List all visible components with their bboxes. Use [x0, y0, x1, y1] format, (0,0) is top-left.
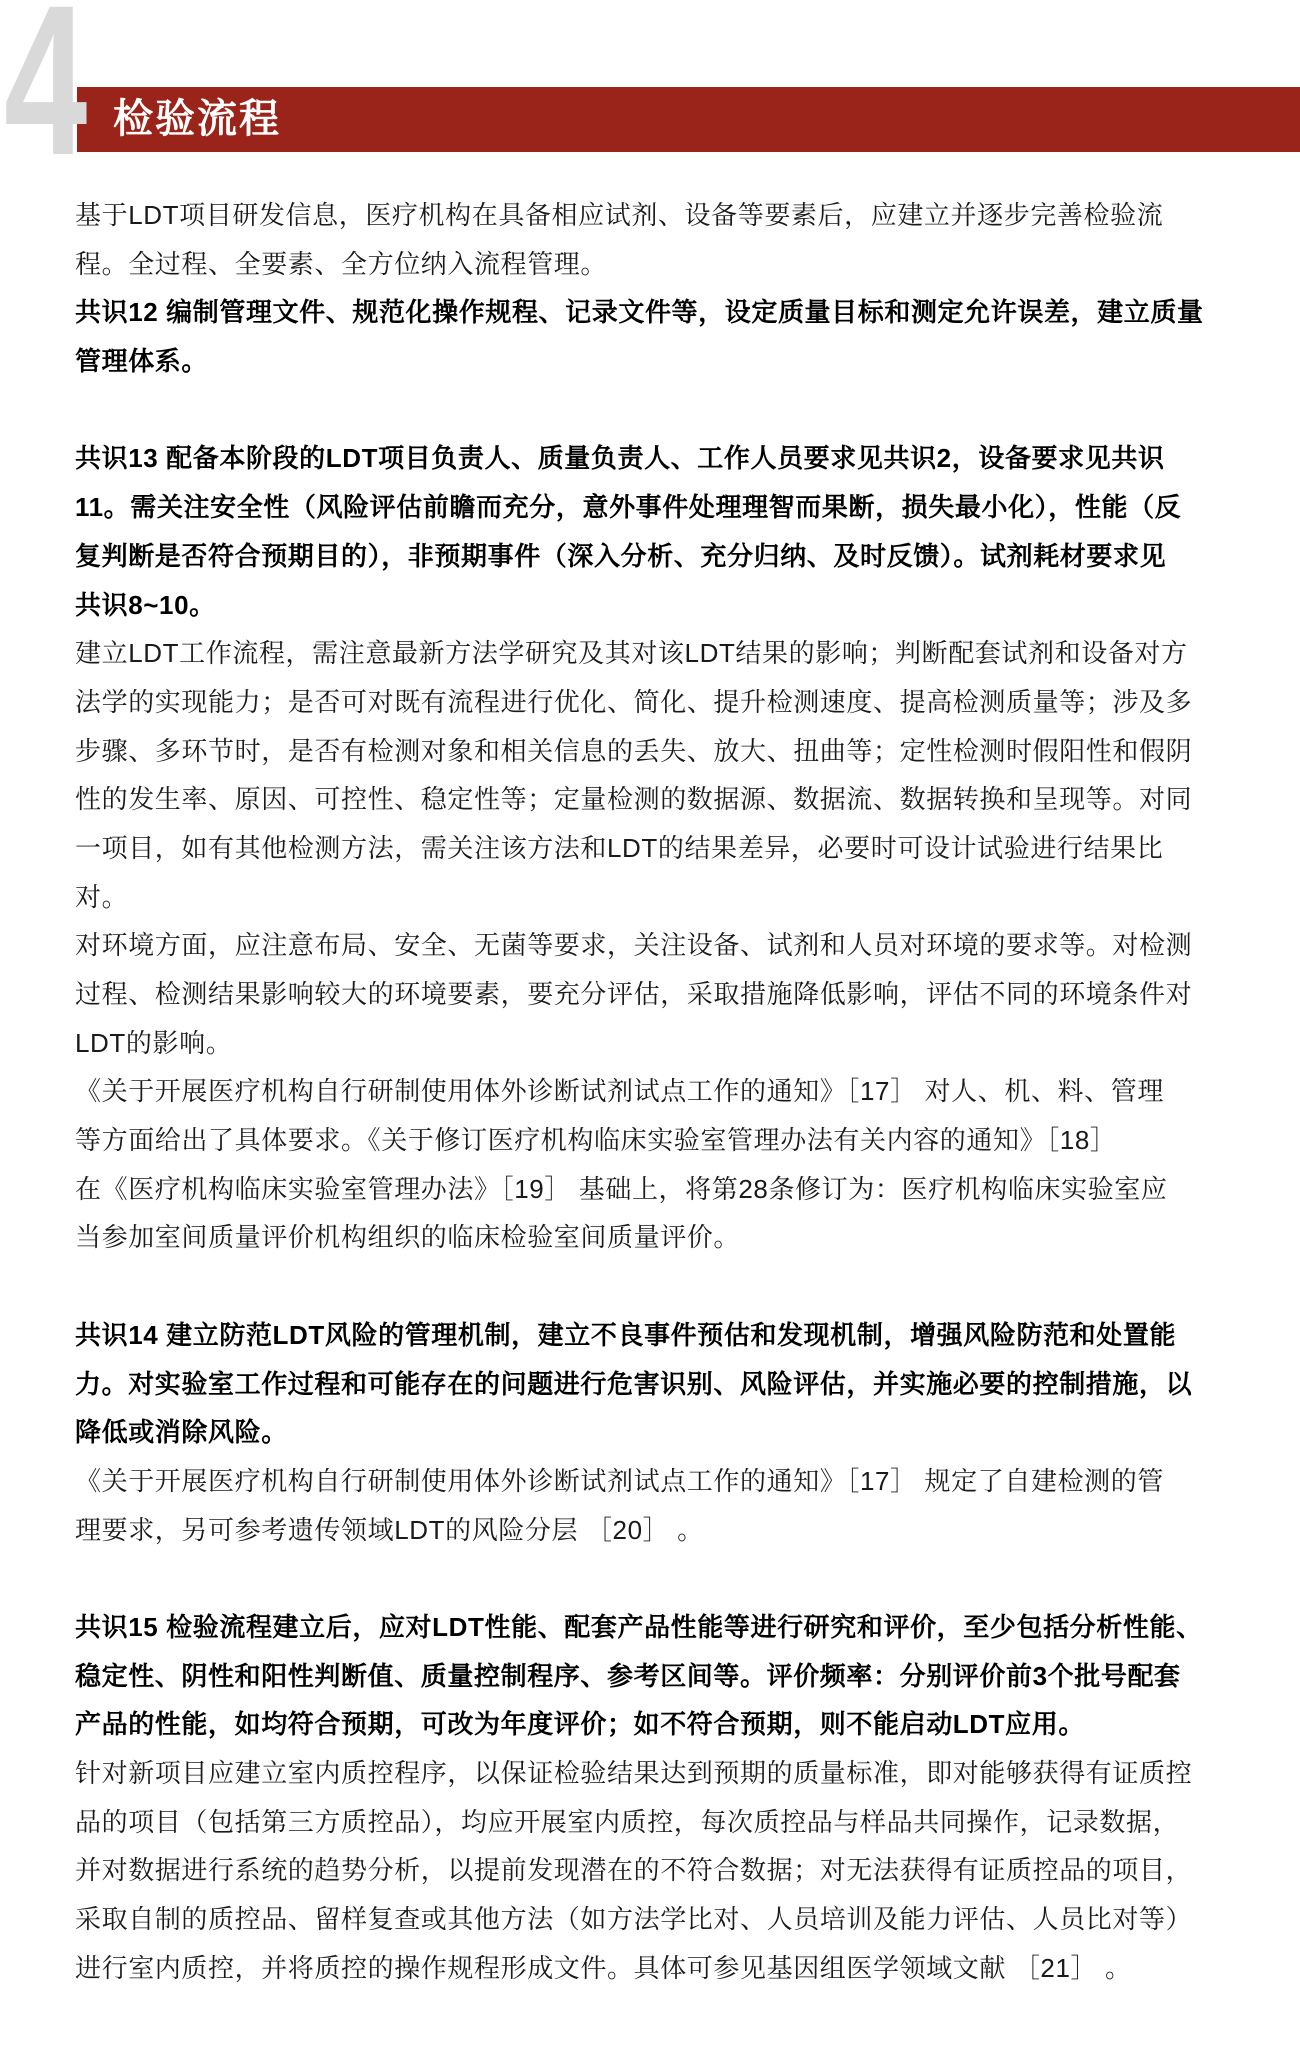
consensus-text-line: 稳定性、阴性和阳性判断值、质量控制程序、参考区间等。评价频率：分别评价前3个批号… [75, 1652, 1245, 1701]
paragraph-spacer [75, 1554, 1245, 1603]
paragraph-spacer [75, 1262, 1245, 1311]
text-line: 针对新项目应建立室内质控程序，以保证检验结果达到预期的质量标准，即对能够获得有证… [75, 1749, 1245, 1798]
text-line: 基于LDT项目研发信息，医疗机构在具备相应试剂、设备等要素后，应建立并逐步完善检… [75, 191, 1245, 240]
section-title: 检验流程 [113, 87, 281, 152]
consensus-text-line: 力。对实验室工作过程和可能存在的问题进行危害识别、风险评估，并实施必要的控制措施… [75, 1360, 1245, 1409]
consensus-text-line: 共识13 配备本阶段的LDT项目负责人、质量负责人、工作人员要求见共识2，设备要… [75, 434, 1245, 483]
text-line: 法学的实现能力；是否可对既有流程进行优化、简化、提升检测速度、提高检测质量等；涉… [75, 678, 1245, 727]
consensus-text-line: 降低或消除风险。 [75, 1408, 1245, 1457]
text-line: 步骤、多环节时，是否有检测对象和相关信息的丢失、放大、扭曲等；定性检测时假阳性和… [75, 727, 1245, 776]
text-line: 对。 [75, 873, 1245, 922]
text-line: LDT的影响。 [75, 1019, 1245, 1068]
text-line: 采取自制的质控品、留样复查或其他方法（如方法学比对、人员培训及能力评估、人员比对… [75, 1895, 1245, 1944]
text-line: 品的项目（包括第三方质控品），均应开展室内质控，每次质控品与样品共同操作，记录数… [75, 1798, 1245, 1847]
text-line: 建立LDT工作流程，需注意最新方法学研究及其对该LDT结果的影响；判断配套试剂和… [75, 629, 1245, 678]
text-line: 当参加室间质量评价机构组织的临床检验室间质量评价。 [75, 1213, 1245, 1262]
text-line: 《关于开展医疗机构自行研制使用体外诊断试剂试点工作的通知》［17］ 对人、机、料… [75, 1067, 1245, 1116]
text-line: 一项目，如有其他检测方法，需关注该方法和LDT的结果差异，必要时可设计试验进行结… [75, 824, 1245, 873]
text-line: 《关于开展医疗机构自行研制使用体外诊断试剂试点工作的通知》［17］ 规定了自建检… [75, 1457, 1245, 1506]
consensus-text-line: 产品的性能，如均符合预期，可改为年度评价；如不符合预期，则不能启动LDT应用。 [75, 1700, 1245, 1749]
section-number: 4 [4, 0, 87, 188]
body-text: 基于LDT项目研发信息，医疗机构在具备相应试剂、设备等要素后，应建立并逐步完善检… [75, 191, 1245, 1992]
paragraph-spacer [75, 386, 1245, 435]
consensus-text-line: 共识12 编制管理文件、规范化操作规程、记录文件等，设定质量目标和测定允许误差，… [75, 288, 1245, 337]
document-page: 4 检验流程 基于LDT项目研发信息，医疗机构在具备相应试剂、设备等要素后，应建… [0, 0, 1300, 2063]
text-line: 理要求，另可参考遗传领域LDT的风险分层 ［20］ 。 [75, 1506, 1245, 1555]
text-line: 等方面给出了具体要求。《关于修订医疗机构临床实验室管理办法有关内容的通知》［18… [75, 1116, 1245, 1165]
text-line: 程。全过程、全要素、全方位纳入流程管理。 [75, 240, 1245, 289]
consensus-text-line: 共识8~10。 [75, 581, 1245, 630]
text-line: 并对数据进行系统的趋势分析，以提前发现潜在的不符合数据；对无法获得有证质控品的项… [75, 1846, 1245, 1895]
text-line: 性的发生率、原因、可控性、稳定性等；定量检测的数据源、数据流、数据转换和呈现等。… [75, 775, 1245, 824]
text-line: 进行室内质控，并将质控的操作规程形成文件。具体可参见基因组医学领域文献 ［21］… [75, 1944, 1245, 1993]
text-line: 过程、检测结果影响较大的环境要素，要充分评估，采取措施降低影响，评估不同的环境条… [75, 970, 1245, 1019]
consensus-text-line: 共识15 检验流程建立后，应对LDT性能、配套产品性能等进行研究和评价，至少包括… [75, 1603, 1245, 1652]
text-line: 对环境方面，应注意布局、安全、无菌等要求，关注设备、试剂和人员对环境的要求等。对… [75, 921, 1245, 970]
text-line: 在《医疗机构临床实验室管理办法》［19］ 基础上，将第28条修订为：医疗机构临床… [75, 1165, 1245, 1214]
consensus-text-line: 复判断是否符合预期目的），非预期事件（深入分析、充分归纳、及时反馈）。试剂耗材要… [75, 532, 1245, 581]
consensus-text-line: 管理体系。 [75, 337, 1245, 386]
consensus-text-line: 11。需关注安全性（风险评估前瞻而充分，意外事件处理理智而果断，损失最小化），性… [75, 483, 1245, 532]
consensus-text-line: 共识14 建立防范LDT风险的管理机制，建立不良事件预估和发现机制，增强风险防范… [75, 1311, 1245, 1360]
